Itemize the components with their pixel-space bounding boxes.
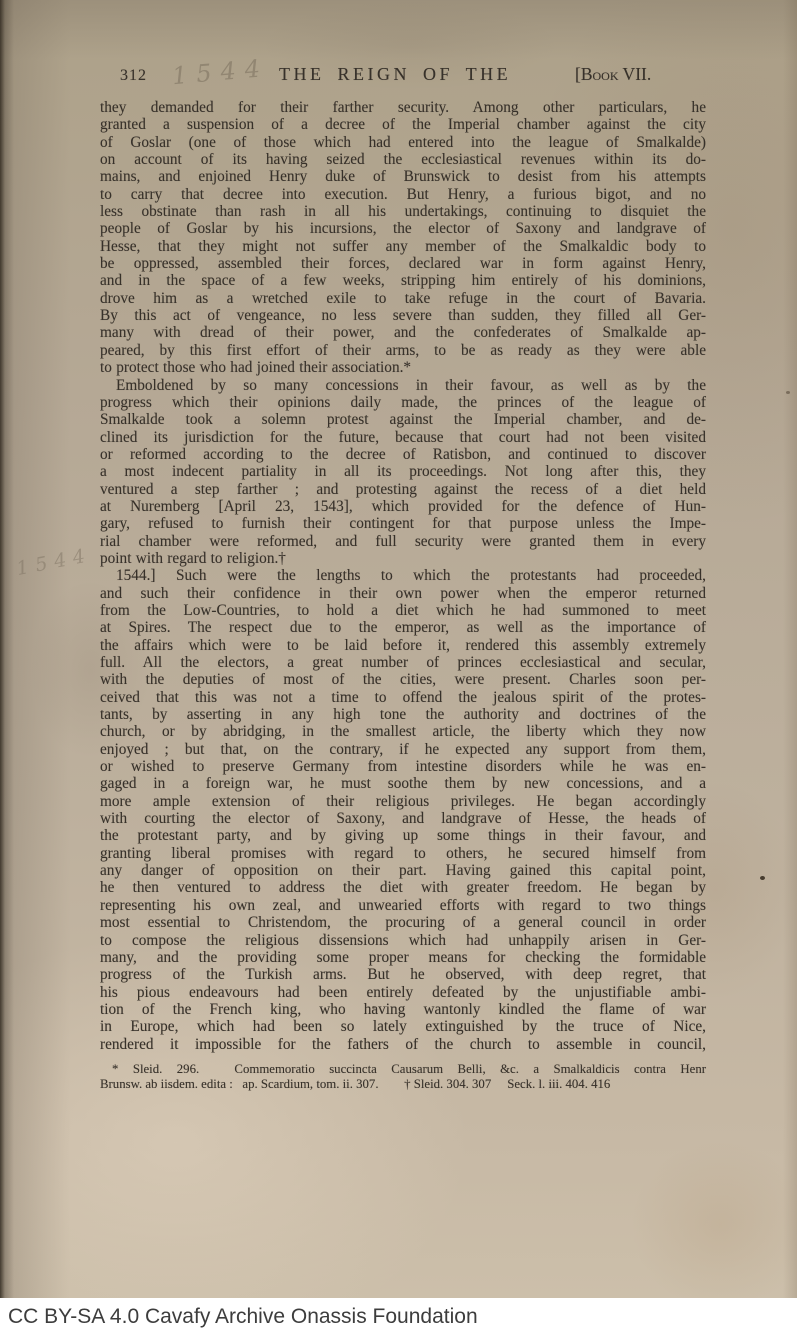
page-scan: 312 1544 THE REIGN OF THE [Book VII. 154… xyxy=(0,0,797,1298)
handwritten-year-annotation-margin: 1544 xyxy=(15,544,94,580)
running-title: THE REIGN OF THE xyxy=(279,64,511,85)
text-line: more ample extension of their religious … xyxy=(100,793,706,810)
text-line: a most indecent partiality in all its pr… xyxy=(100,463,706,480)
text-line: or reformed according to the decree of R… xyxy=(100,446,706,463)
paper-stain xyxy=(630,1140,797,1310)
text-line: many with dread of their power, and the … xyxy=(100,324,706,341)
footnote: * Sleid. 296. Commemoratio succincta Cau… xyxy=(100,1062,706,1092)
text-line: the affairs which were to be laid before… xyxy=(100,637,706,654)
text-line: of Goslar (one of those which had entere… xyxy=(100,134,706,151)
text-line: his pious endeavours had been entirely d… xyxy=(100,984,706,1001)
text-line: By this act of vengeance, no less severe… xyxy=(100,307,706,324)
attribution-license-text: CC BY-SA 4.0 Cavafy Archive Onassis Foun… xyxy=(0,1305,478,1329)
text-line: from the Low-Countries, to hold a diet w… xyxy=(100,602,706,619)
text-line: rendered it impossible for the fathers o… xyxy=(100,1036,706,1053)
text-line: be oppressed, assembled their forces, de… xyxy=(100,255,706,272)
scanned-book-page-screenshot: 312 1544 THE REIGN OF THE [Book VII. 154… xyxy=(0,0,797,1335)
text-line: to compose the religious dissensions whi… xyxy=(100,932,706,949)
text-line: progress which their opinions daily made… xyxy=(100,394,706,411)
text-line: gary, refused to furnish their contingen… xyxy=(100,515,706,532)
text-line: Smalkalde took a solemn protest against … xyxy=(100,411,706,428)
text-line: at Nuremberg [April 23, 1543], which pro… xyxy=(100,498,706,515)
text-line: to protect those who had joined their as… xyxy=(100,359,706,376)
text-line: progress of the Turkish arms. But he obs… xyxy=(100,966,706,983)
text-line: gaged in a foreign war, he must soothe t… xyxy=(100,775,706,792)
text-line: church, or by abridging, in the smallest… xyxy=(100,723,706,740)
paragraph: 1544.] Such were the lengths to which th… xyxy=(100,567,706,1053)
text-line: most essential to Christendom, the procu… xyxy=(100,914,706,931)
paper-speck xyxy=(760,876,765,880)
text-line: he then ventured to address the diet wit… xyxy=(100,879,706,896)
handwritten-year-annotation-top: 1544 xyxy=(171,54,270,90)
text-line: granting liberal promises with regard to… xyxy=(100,845,706,862)
paragraph: * Sleid. 296. Commemoratio succincta Cau… xyxy=(100,1062,706,1092)
text-line: and in the space of a few weeks, strippi… xyxy=(100,272,706,289)
attribution-bar: CC BY-SA 4.0 Cavafy Archive Onassis Foun… xyxy=(0,1298,797,1335)
text-line: less obstinate than rash in all his unde… xyxy=(100,203,706,220)
text-line: rial chamber were reformed, and full sec… xyxy=(100,533,706,550)
text-line: point with regard to religion.† xyxy=(100,550,706,567)
text-line: Brunsw. ab iisdem. edita : ap. Scardium,… xyxy=(100,1077,706,1092)
text-line: * Sleid. 296. Commemoratio succincta Cau… xyxy=(100,1062,706,1077)
text-line: with courting the elector of Saxony, and… xyxy=(100,810,706,827)
text-line: people of Goslar by his incursions, the … xyxy=(100,220,706,237)
text-line: tion of the French king, who having want… xyxy=(100,1001,706,1018)
text-line: to carry that decree into execution. But… xyxy=(100,186,706,203)
text-line: Hesse, that they might not suffer any me… xyxy=(100,238,706,255)
text-line: with the deputies of most of the cities,… xyxy=(100,671,706,688)
text-line: the protestant party, and by giving up s… xyxy=(100,827,706,844)
text-line: on account of its having seized the eccl… xyxy=(100,151,706,168)
text-line: ceived that this was not a time to offen… xyxy=(100,689,706,706)
text-line: clined its jurisdiction for the future, … xyxy=(100,429,706,446)
text-line: 1544.] Such were the lengths to which th… xyxy=(100,567,706,584)
paragraph: Emboldened by so many concessions in the… xyxy=(100,377,706,568)
text-line: any danger of opposition on their part. … xyxy=(100,862,706,879)
text-line: many, and the providing some proper mean… xyxy=(100,949,706,966)
text-line: representing his own zeal, and unwearied… xyxy=(100,897,706,914)
text-line: enjoyed ; but that, on the contrary, if … xyxy=(100,741,706,758)
text-line: drove him as a wretched exile to take re… xyxy=(100,290,706,307)
text-line: full. All the electors, a great number o… xyxy=(100,654,706,671)
text-line: or wished to preserve Germany from intes… xyxy=(100,758,706,775)
text-line: tants, by asserting in any high tone the… xyxy=(100,706,706,723)
text-line: ventured a step farther ; and protesting… xyxy=(100,481,706,498)
text-line: granted a suspension of a decree of the … xyxy=(100,116,706,133)
body-text: they demanded for their farther security… xyxy=(100,99,706,1053)
text-line: mains, and enjoined Henry duke of Brunsw… xyxy=(100,168,706,185)
paragraph: they demanded for their farther security… xyxy=(100,99,706,377)
text-line: peared, by this first effort of their ar… xyxy=(100,342,706,359)
paper-speck xyxy=(786,391,790,394)
book-number-label: [Book VII. xyxy=(575,64,651,85)
text-line: they demanded for their farther security… xyxy=(100,99,706,116)
text-line: Emboldened by so many concessions in the… xyxy=(100,377,706,394)
text-line: and such their confidence in their own p… xyxy=(100,585,706,602)
page-number: 312 xyxy=(120,67,147,85)
text-line: at Spires. The respect due to the empero… xyxy=(100,619,706,636)
text-line: in Europe, which had been so lately exti… xyxy=(100,1018,706,1035)
